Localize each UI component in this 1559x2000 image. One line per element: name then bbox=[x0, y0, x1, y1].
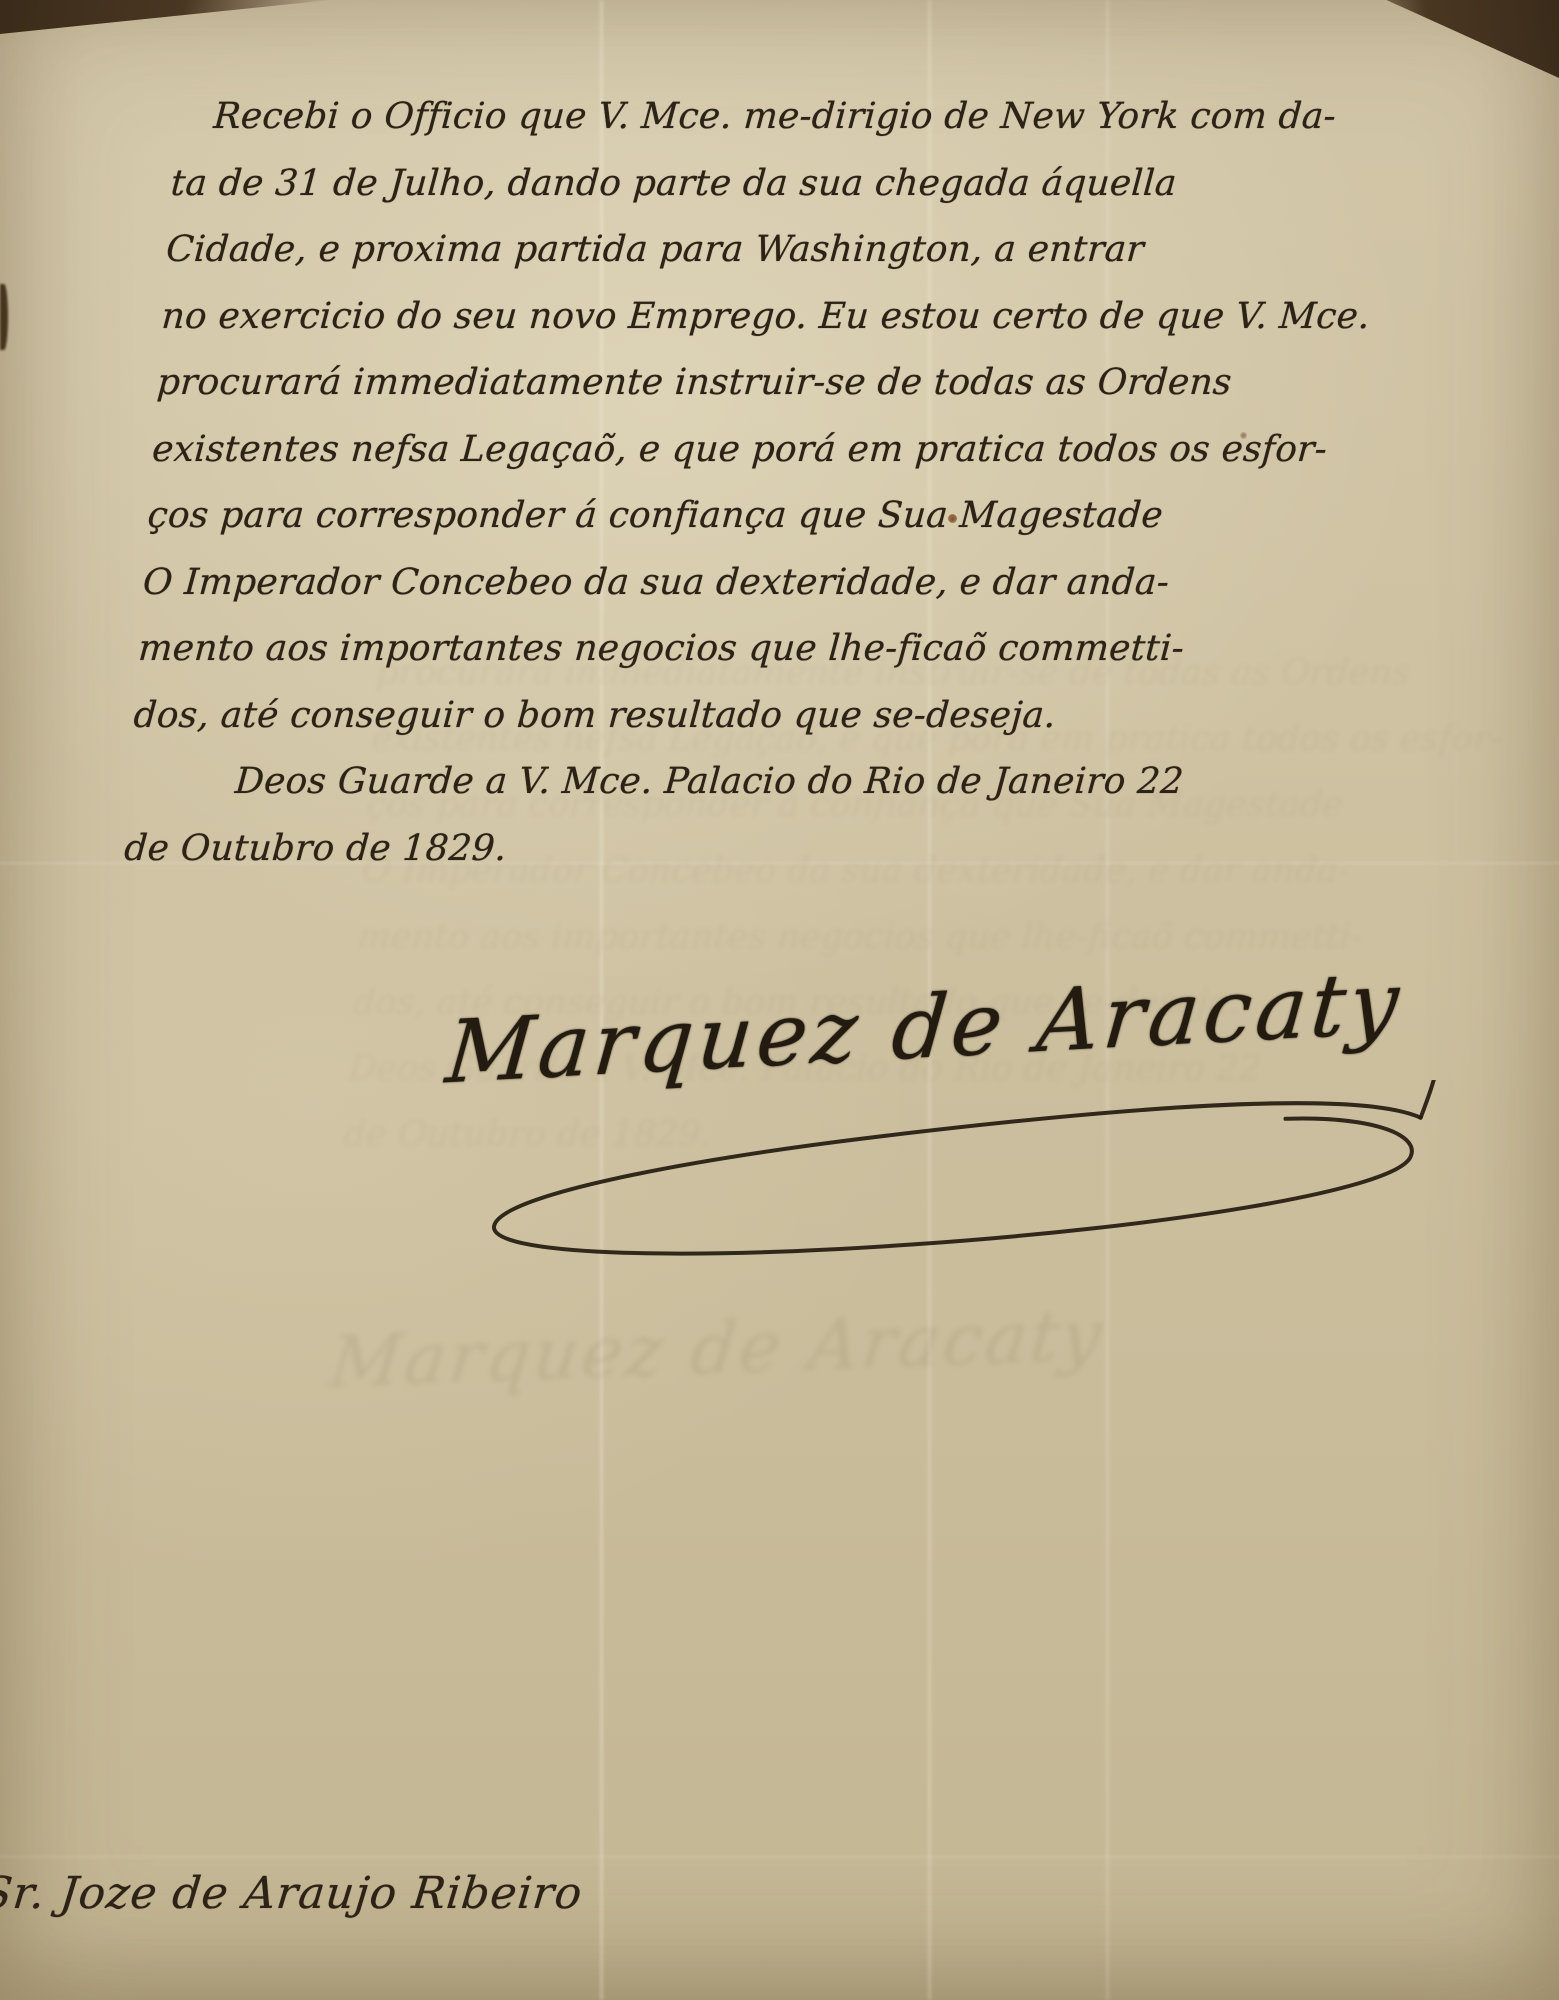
manuscript-line: Cidade, e proxima partida para Washingto… bbox=[164, 217, 1289, 284]
signature-flourish bbox=[458, 1080, 1458, 1270]
manuscript-line: mento aos importantes negocios que lhe-f… bbox=[136, 616, 1261, 683]
manuscript-line: Recebi o Officio que V. Mce. me-dirigio … bbox=[173, 84, 1298, 151]
bleedthrough-signature: Marquez de Aracaty bbox=[326, 1294, 1108, 1403]
manuscript-closing-line: Deos Guarde a V. Mce. Palacio do Rio de … bbox=[127, 749, 1252, 816]
manuscript-line: ta de 31 de Julho, dando parte da sua ch… bbox=[169, 151, 1294, 218]
bleedthrough-line: mento aos importantes negocios que lhe-f… bbox=[355, 904, 1200, 970]
horizontal-fold-crease bbox=[0, 1856, 1559, 1858]
manuscript-line: O Imperador Concebeo da sua dexteridade,… bbox=[141, 550, 1266, 617]
manuscript-line: dos, até conseguir o bom resultado que s… bbox=[131, 683, 1256, 750]
manuscript-line: existentes nefsa Legaçaõ, e que porá em … bbox=[150, 417, 1275, 484]
manuscript-date-line: de Outubro de 1829. bbox=[122, 816, 1247, 883]
manuscript-line: procurará immediatamente instruir-se de … bbox=[155, 350, 1280, 417]
addressee-line: Sr. Joze de Araujo Ribeiro bbox=[0, 1868, 585, 1919]
page-corner-shadow-top-right bbox=[1329, 0, 1559, 78]
page-corner-shadow-top-left bbox=[0, 0, 330, 34]
letter-body: Recebi o Officio que V. Mce. me-dirigio … bbox=[122, 84, 1298, 882]
manuscript-line: no exercicio do seu novo Emprego. Eu est… bbox=[159, 284, 1284, 351]
manuscript-line: ços para corresponder á confiança que Su… bbox=[145, 483, 1270, 550]
manuscript-page: procurará immediatamente instruir-se de … bbox=[0, 0, 1559, 2000]
page-edge-mark bbox=[0, 284, 8, 350]
